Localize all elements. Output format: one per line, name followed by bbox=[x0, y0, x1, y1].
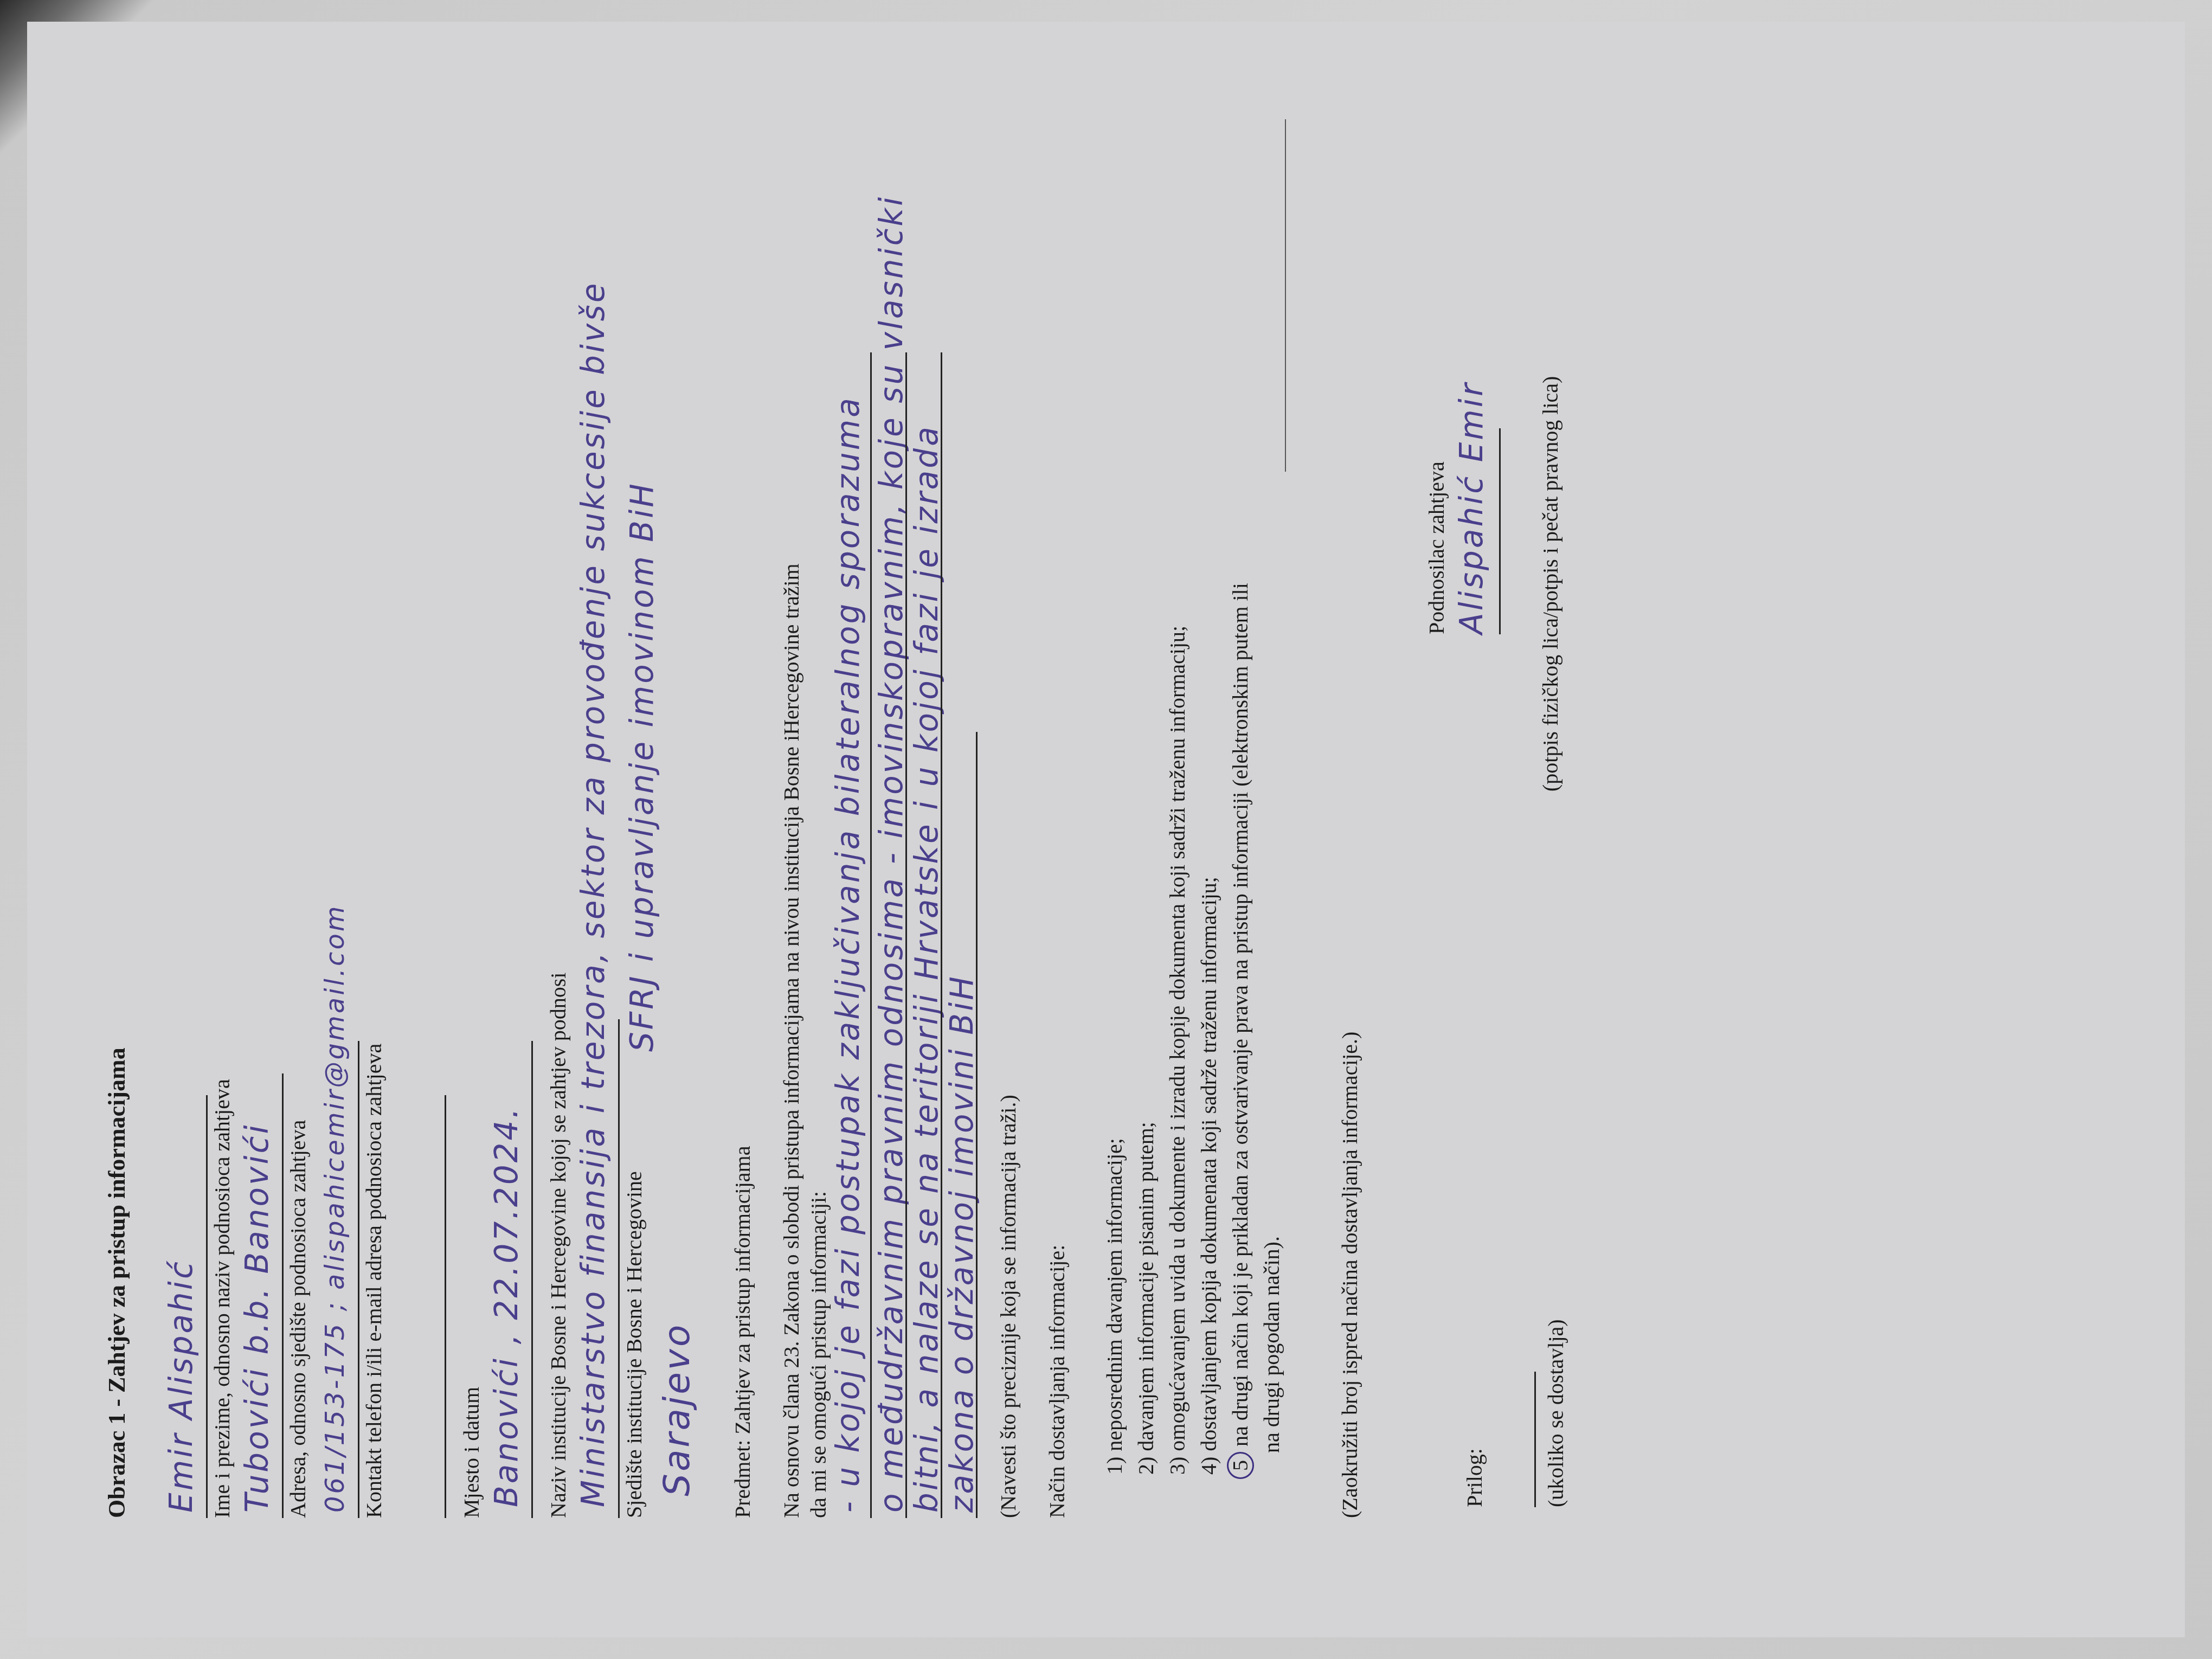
request-hint: (Navesti što preciznije koja se informac… bbox=[998, 1095, 1019, 1518]
selected-circle-mark: 5 bbox=[1227, 1452, 1254, 1479]
intro-line-2: da mi se omogući pristup informaciji: bbox=[808, 1191, 829, 1518]
applicant-contact-label: Kontakt telefon i/ili e-mail adresa podn… bbox=[363, 1044, 385, 1518]
institution-seat-label: Sjedište institucije Bosne i Hercegovine bbox=[623, 1171, 645, 1518]
attachment-hint: (ukoliko se dostavlja) bbox=[1545, 1319, 1567, 1507]
signature-line bbox=[1499, 428, 1501, 634]
option5-pen-line bbox=[1285, 119, 1286, 472]
place-date-value: Banovići , 22.07.2024. bbox=[488, 1106, 525, 1507]
signature-value: Alispahić Emir bbox=[1453, 381, 1490, 634]
delivery-option-5-cont: na drugi pogodan način). bbox=[1258, 583, 1286, 1475]
delivery-option-2[interactable]: 2) davanjem informacije pisanim putem; bbox=[1132, 583, 1160, 1475]
subject: Predmet: Zahtjev za pristup informacijam… bbox=[732, 1146, 754, 1518]
applicant-name-label: Ime i prezime, odnosno naziv podnosioca … bbox=[211, 1079, 233, 1518]
attachment-line bbox=[1534, 1372, 1536, 1507]
request-line-2: o međudržavnim pravnim odnosima - imovin… bbox=[873, 195, 910, 1513]
delivery-option-5[interactable]: 5 na drugi način koji je prikladan za os… bbox=[1226, 583, 1255, 1475]
form-title: Obrazac 1 - Zahtjev za pristup informaci… bbox=[103, 1047, 131, 1518]
intro-line-1: Na osnovu člana 23. Zakona o slobodi pri… bbox=[781, 563, 802, 1518]
attachment-label: Prilog: bbox=[1464, 1448, 1486, 1507]
request-rule-1 bbox=[870, 352, 872, 1518]
request-rule-3 bbox=[941, 352, 942, 1518]
institution-name-value-1: Ministarstvo finansija i trezora, sektor… bbox=[575, 281, 612, 1507]
place-date-line bbox=[531, 1041, 533, 1518]
place-date-label: Mjesto i datum bbox=[461, 1387, 483, 1518]
delivery-option-1[interactable]: 1) neposrednim davanjem informacije; bbox=[1101, 583, 1129, 1475]
request-rule-2 bbox=[905, 352, 907, 1518]
institution-seat-value: Sarajevo bbox=[656, 1323, 698, 1496]
form-paper: Obrazac 1 - Zahtjev za pristup informaci… bbox=[27, 22, 2185, 1637]
request-line-3: bitni, a nalaze se na teritoriji Hrvatsk… bbox=[908, 425, 945, 1513]
delivery-label: Način dostavljanja informacije: bbox=[1046, 1245, 1068, 1518]
request-line-4: zakona o državnoj imovini BiH bbox=[943, 974, 980, 1513]
request-line-1: - u kojoj je fazi postupak zaključivanja… bbox=[829, 396, 866, 1513]
applicant-address-label: Adresa, odnosno sjedište podnosioca zaht… bbox=[287, 1120, 309, 1518]
applicant-address-value: Tubovići b.b. Banovići bbox=[239, 1123, 275, 1513]
delivery-options: 1) neposrednim davanjem informacije; 2) … bbox=[1101, 583, 1289, 1475]
applicant-name-line bbox=[206, 1095, 208, 1518]
delivery-hint: (Zaokružiti broj ispred načina dostavlja… bbox=[1339, 1032, 1361, 1518]
signature-hint: (potpis fizičkog lica/potpis i pečat pra… bbox=[1540, 376, 1561, 792]
signature-label: Podnosilac zahtjeva bbox=[1426, 461, 1448, 634]
blank-line bbox=[445, 1095, 446, 1518]
applicant-contact-line bbox=[358, 1041, 359, 1518]
applicant-name-value: Emir Alispahić bbox=[163, 1259, 200, 1513]
delivery-option-3[interactable]: 3) omogućavanjem uvida u dokumente i izr… bbox=[1163, 583, 1192, 1475]
applicant-address-line bbox=[282, 1073, 284, 1518]
delivery-option-4[interactable]: 4) dostavljanjem kopija dokumenata koji … bbox=[1195, 583, 1223, 1475]
institution-name-line bbox=[618, 1019, 620, 1518]
institution-name-value-2: SFRJ i upravljanje imovinom BiH bbox=[623, 481, 660, 1052]
request-rule-4 bbox=[976, 732, 978, 1518]
applicant-contact-value: 061/153-175 ; alispahicemir@gmail.com bbox=[320, 904, 350, 1513]
institution-name-label: Naziv institucije Bosne i Hercegovine ko… bbox=[548, 973, 569, 1518]
